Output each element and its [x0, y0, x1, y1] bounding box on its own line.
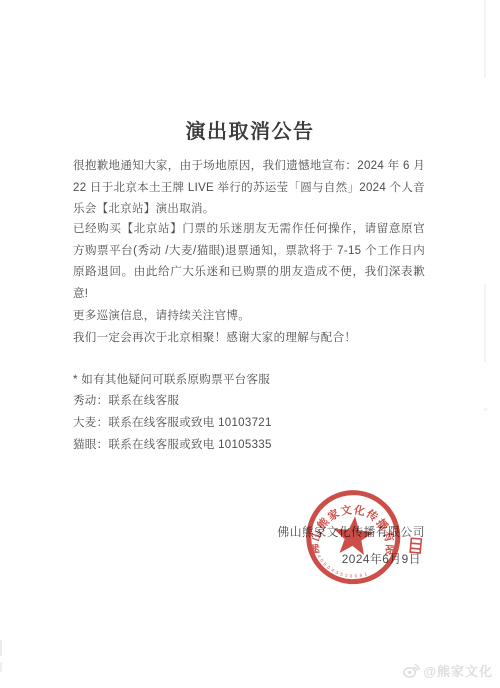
document-page: 演出取消公告 很抱歉地通知大家，由于场地原因，我们遗憾地宣布：2024 年 6 … — [0, 0, 500, 688]
scan-artifact-line — [484, 0, 486, 78]
contact-damai: 大麦：联系在线客服或致电 10103721 — [73, 413, 425, 435]
watermark: @熊家文化 — [403, 661, 493, 680]
seal-anticounterfeit-mark — [410, 538, 421, 553]
seal-arc-text: 佛山熊家文化传播有限公司 — [277, 461, 405, 562]
paragraph-announcement: 很抱歉地通知大家，由于场地原因，我们遗憾地宣布：2024 年 6 月 22 日于… — [73, 156, 425, 221]
watermark-text: @熊家文化 — [423, 661, 493, 680]
scan-artifact-line — [0, 662, 2, 672]
weibo-icon — [403, 663, 420, 678]
paragraph-tour-info: 更多巡演信息，请持续关注官博。 — [73, 306, 425, 328]
svg-text:佛山熊家文化传播有限公司: 佛山熊家文化传播有限公司 — [277, 461, 405, 562]
contact-xiudong: 秀动：联系在线客服 — [73, 391, 425, 413]
company-seal-stamp: 佛山熊家文化传播有限公司 4409043520961 — [277, 461, 449, 619]
contact-maoyan: 猫眼：联系在线客服或致电 10105335 — [73, 435, 425, 457]
paragraph-thanks: 我们一定会再次于北京相聚！感谢大家的理解与配合！ — [73, 328, 425, 350]
scan-artifact-line — [0, 640, 2, 656]
scan-artifact-line — [484, 284, 486, 362]
scan-artifact-dot — [484, 408, 487, 411]
contact-note: * 如有其他疑问可联系原购票平台客服 — [73, 370, 425, 392]
page-title: 演出取消公告 — [0, 115, 500, 144]
paragraph-refund: 已经购买【北京站】门票的乐迷朋友无需作任何操作，请留意原官方购票平台(秀动 /大… — [73, 219, 425, 305]
